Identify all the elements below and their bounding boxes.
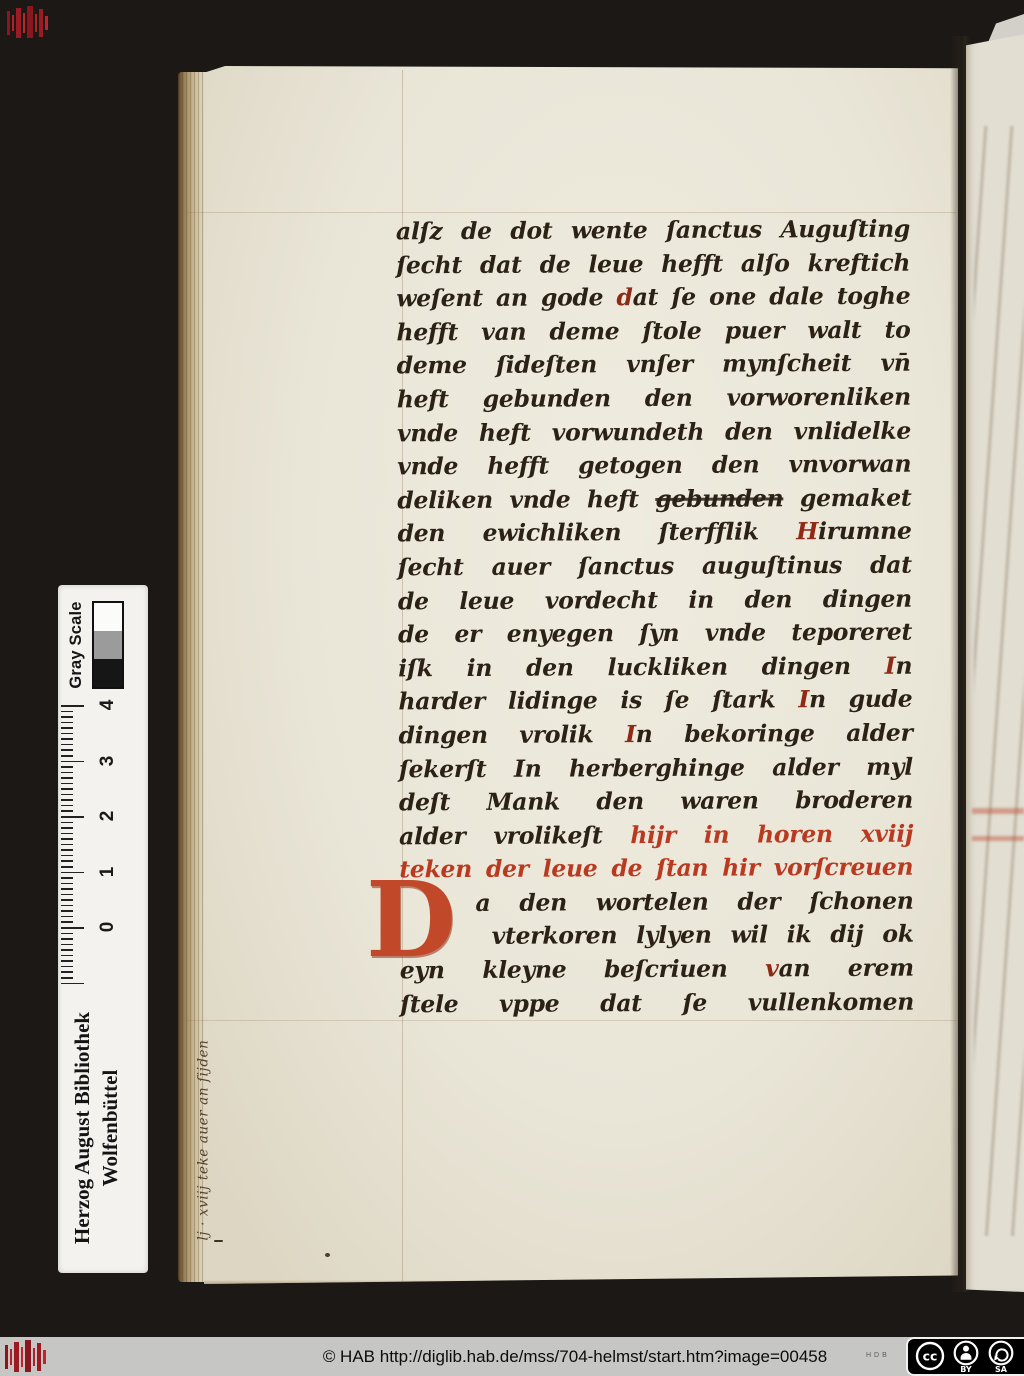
manuscript-text-line: deſt Mank den waren broderen [399,784,913,820]
manuscript-text: vnde heft vorwundeth den vnlidelke [397,416,911,447]
manuscript-text-line: den ewichliken ſterfflik Hirumne [397,515,911,551]
ruler-tick [61,860,73,862]
manuscript-text-line: a den wortelen der ſchonen [399,885,913,921]
color-calibration-mark-bottom [5,1340,49,1374]
ruler-tick [61,971,73,973]
manuscript-text: de leue vordecht in den dingen [398,584,912,615]
ruler-tick [61,788,73,790]
manuscript-text-line: harder lidinge is ſe ſtark In gude [398,683,912,719]
ruler-tick [61,894,73,896]
manuscript-text-line: vnde heft vorwundeth den vnlidelke [397,414,911,450]
manuscript-text-line: hefft van deme ſtole puer walt to [396,313,910,349]
manuscript-text-line: alſz de dot wente ſanctus Auguſting [396,213,910,249]
calibration-stripe [10,1349,12,1365]
manuscript-text: ſekerſt In herberghinge alder myl [399,752,913,783]
manuscript-text-line: de er enyegen ſyn vnde teporeret [398,616,912,652]
manuscript-text: de er enyegen ſyn vnde teporeret [398,618,912,649]
manuscript-text: harder lidinge is ſe ſtark [398,686,798,716]
sa-arrow-icon: SA [990,1342,1013,1374]
calibration-stripe [7,11,10,35]
manuscript-text: deliken vnde heft [397,485,655,514]
manuscript-text: hefft van deme ſtole puer walt to [396,315,910,346]
cc-icon: cc [917,1343,943,1369]
manuscript-text-line: de leue vordecht in den dingen [398,582,912,618]
manuscript-text: I [625,720,636,748]
ruler-tick [61,716,73,718]
manuscript-text-line: ſecht auer ſanctus auguſtinus dat [398,549,912,585]
calibration-stripe [35,14,37,32]
ruler-tick [61,783,73,785]
manuscript-text: v [765,954,779,982]
ruler-tick [61,905,73,907]
ruler-tick [61,705,84,707]
manuscript-text: n bekoringe alder [636,719,913,748]
svg-text:BY: BY [960,1365,972,1374]
manuscript-text-line: alder vrolikeſt hijr in horen xviij [399,817,913,853]
by-person-icon: BY [955,1342,978,1374]
show-through-text [974,126,1024,1236]
manuscript-text: d [616,283,632,311]
calibration-stripe [43,1350,46,1364]
ruler-tick [61,899,73,901]
credit-url[interactable]: © HAB http://diglib.hab.de/mss/704-helms… [323,1347,827,1367]
calibration-stripe [12,15,14,31]
ruler-tick [61,722,73,724]
cc-by-sa-icons: cc BY SA [908,1339,1022,1374]
ruler-tick [61,866,73,868]
ruler-tick [61,910,73,912]
ruler-tick [61,933,73,935]
manuscript-text-line: ſtele vppe dat ſe vullenkomen [400,985,914,1021]
calibration-stripe [21,1347,23,1367]
ruler-tick [61,727,73,729]
ruler-tick [61,927,84,929]
ruler-tick [61,849,73,851]
calibration-stripe [37,1343,41,1371]
cc-license-badge[interactable]: cc BY SA [906,1337,1024,1376]
manuscript-text-line: vterkoren lylyen wil ik dij ok [400,918,914,954]
manuscript-text-line: deme ſideſten vnſer mynſcheit vn̄ [397,347,911,383]
margin-dash [214,1240,223,1242]
grayscale-ruler-title: Gray Scale [67,597,87,693]
manuscript-text-line: ſecht dat de leue hefft alſo kreftich [396,246,910,282]
manuscript-text: alſz de dot wente ſanctus Auguſting [396,215,910,246]
show-through-rubric [972,836,1024,841]
rubric-text: hijr in horen xviij [630,819,913,848]
calibration-stripe [5,1345,8,1369]
ruler-tick [61,838,73,840]
ruler-tick [61,733,73,735]
manuscript-text: gebunden [655,484,783,513]
facing-page-edge [966,34,1024,1292]
ruler-tick [61,822,73,824]
manuscript-text: alder vrolikeſt [399,821,630,850]
ruler-tick [61,749,73,751]
ruler-tick [61,949,73,951]
manuscript-text: I [798,686,809,714]
ruler-tick [61,772,73,774]
margin-note: lj · xviij teke auer an ſijden [196,906,214,1241]
manuscript-text: at ſe one dale toghe [633,282,911,311]
rubric-text: teken der leue de ſtan hir vorſcreuen [399,853,913,884]
manuscript-text-line: vnde hefft getogen den vnvorwan [397,448,911,484]
photo-stage: alſz de dot wente ſanctus Auguſtingſecht… [0,0,1024,1376]
ruler-tick [61,877,73,879]
ruler-tick [61,766,73,768]
manuscript-text: an erem [778,954,913,983]
grayscale-patch-segment [94,603,122,631]
manuscript-text-line: weſent an gode dat ſe one dale toghe [396,280,910,316]
institution-label: Herzog August Bibliothek Wolfenbüttel [68,978,130,1278]
manuscript-text-line: heft gebunden den vorworenliken [397,381,911,417]
manuscript-text: I [885,651,896,679]
ruler-tick [61,805,73,807]
manuscript-text: dingen vrolik [399,720,626,749]
manuscript-text: H [796,517,818,545]
manuscript-text-line: eyn kleyne beſcriuen van erem [400,952,914,988]
manuscript-text: a den wortelen der ſchonen [475,887,913,917]
manuscript-text-line: dingen vrolik In bekoringe alder [399,717,913,753]
calibration-stripe [45,16,48,30]
ruler-tick [61,738,73,740]
calibration-stripe [25,1340,31,1372]
manuscript-text: deme ſideſten vnſer mynſcheit vn̄ [397,349,911,380]
ruler-tick [61,711,73,713]
ruler-number: 4 [98,692,118,718]
ruler-tick [61,916,73,918]
ruler-tick [61,755,73,757]
manuscript-text: ſecht auer ſanctus auguſtinus dat [398,551,912,582]
ruler-number: 2 [98,803,118,829]
ruler-number: 3 [98,748,118,774]
ruler-tick [61,888,73,890]
ink-spot [325,1253,330,1257]
grayscale-patch [92,601,124,689]
ruler-number: 1 [98,859,118,885]
manuscript-text: deſt Mank den waren broderen [399,786,913,817]
footer-bar: © HAB http://diglib.hab.de/mss/704-helms… [0,1337,1024,1376]
ruler-tick [61,794,73,796]
calibration-stripe [27,6,33,38]
calibration-stripe [39,9,43,37]
manuscript-text-line: iſk in den luckliken dingen In [398,649,912,685]
ruler-tick [61,883,73,885]
ruler-tick [61,855,73,857]
ruler-tick [61,833,73,835]
manuscript-text: iſk in den luckliken dingen [398,652,885,683]
grayscale-patch-segment [94,631,122,659]
manuscript-text-line: ſekerſt In herberghinge alder myl [399,750,913,786]
ruler-tick [61,827,73,829]
svg-text:cc: cc [923,1349,938,1364]
calibration-stripe [16,8,21,38]
initial-letter: D [366,868,456,972]
ruler-tick [61,810,73,812]
manuscript-text-block: alſz de dot wente ſanctus Auguſtingſecht… [396,213,914,1022]
ruler-tick [61,761,84,763]
ruler-tick [61,966,73,968]
manuscript-text: vnde hefft getogen den vnvorwan [397,450,911,481]
manuscript-text: weſent an gode [396,283,616,312]
manuscript-text: gemaket [783,483,911,512]
institution-line2: Wolfenbüttel [96,978,124,1278]
ruler-tick [61,944,73,946]
manuscript-text-line: teken der leue de ſtan hir vorſcreuen [399,851,913,887]
calibration-stripe [14,1342,19,1372]
manuscript-text: n gude [809,685,913,714]
manuscript-text: ſecht dat de leue hefft alſo kreftich [396,248,910,279]
ruler-tick [61,955,73,957]
svg-text:SA: SA [995,1365,1008,1374]
page-bottom-edge [204,1280,958,1284]
ruler-tick [61,938,73,940]
ruler-tick [61,816,84,818]
manuscript-text-line: deliken vnde heft gebunden gemaket [397,481,911,517]
calibration-stripe [23,13,25,33]
manuscript-text: heft gebunden den vorworenliken [397,383,911,414]
manuscript-text: vterkoren lylyen wil ik dij ok [492,920,914,950]
processing-mark: HDB [866,1352,890,1359]
ruler-tick [61,960,73,962]
ruler-tick [61,921,73,923]
grayscale-patch-segment [94,659,122,687]
ruler-tick [61,799,73,801]
ruler-number: 0 [98,914,118,940]
ruler-tick [61,744,73,746]
institution-line1: Herzog August Bibliothek [68,978,96,1278]
calibration-stripe [33,1348,35,1366]
manuscript-text: irumne [818,517,912,545]
manuscript-text: den ewichliken ſterfflik [397,518,796,548]
color-calibration-mark-top [7,6,51,42]
manuscript-text: n [895,651,912,679]
manuscript-text: ſtele vppe dat ſe vullenkomen [400,987,914,1018]
ruler-tick [61,844,73,846]
show-through-rubric [972,808,1024,814]
ruler-tick [61,872,84,874]
ruler-tick [61,777,73,779]
